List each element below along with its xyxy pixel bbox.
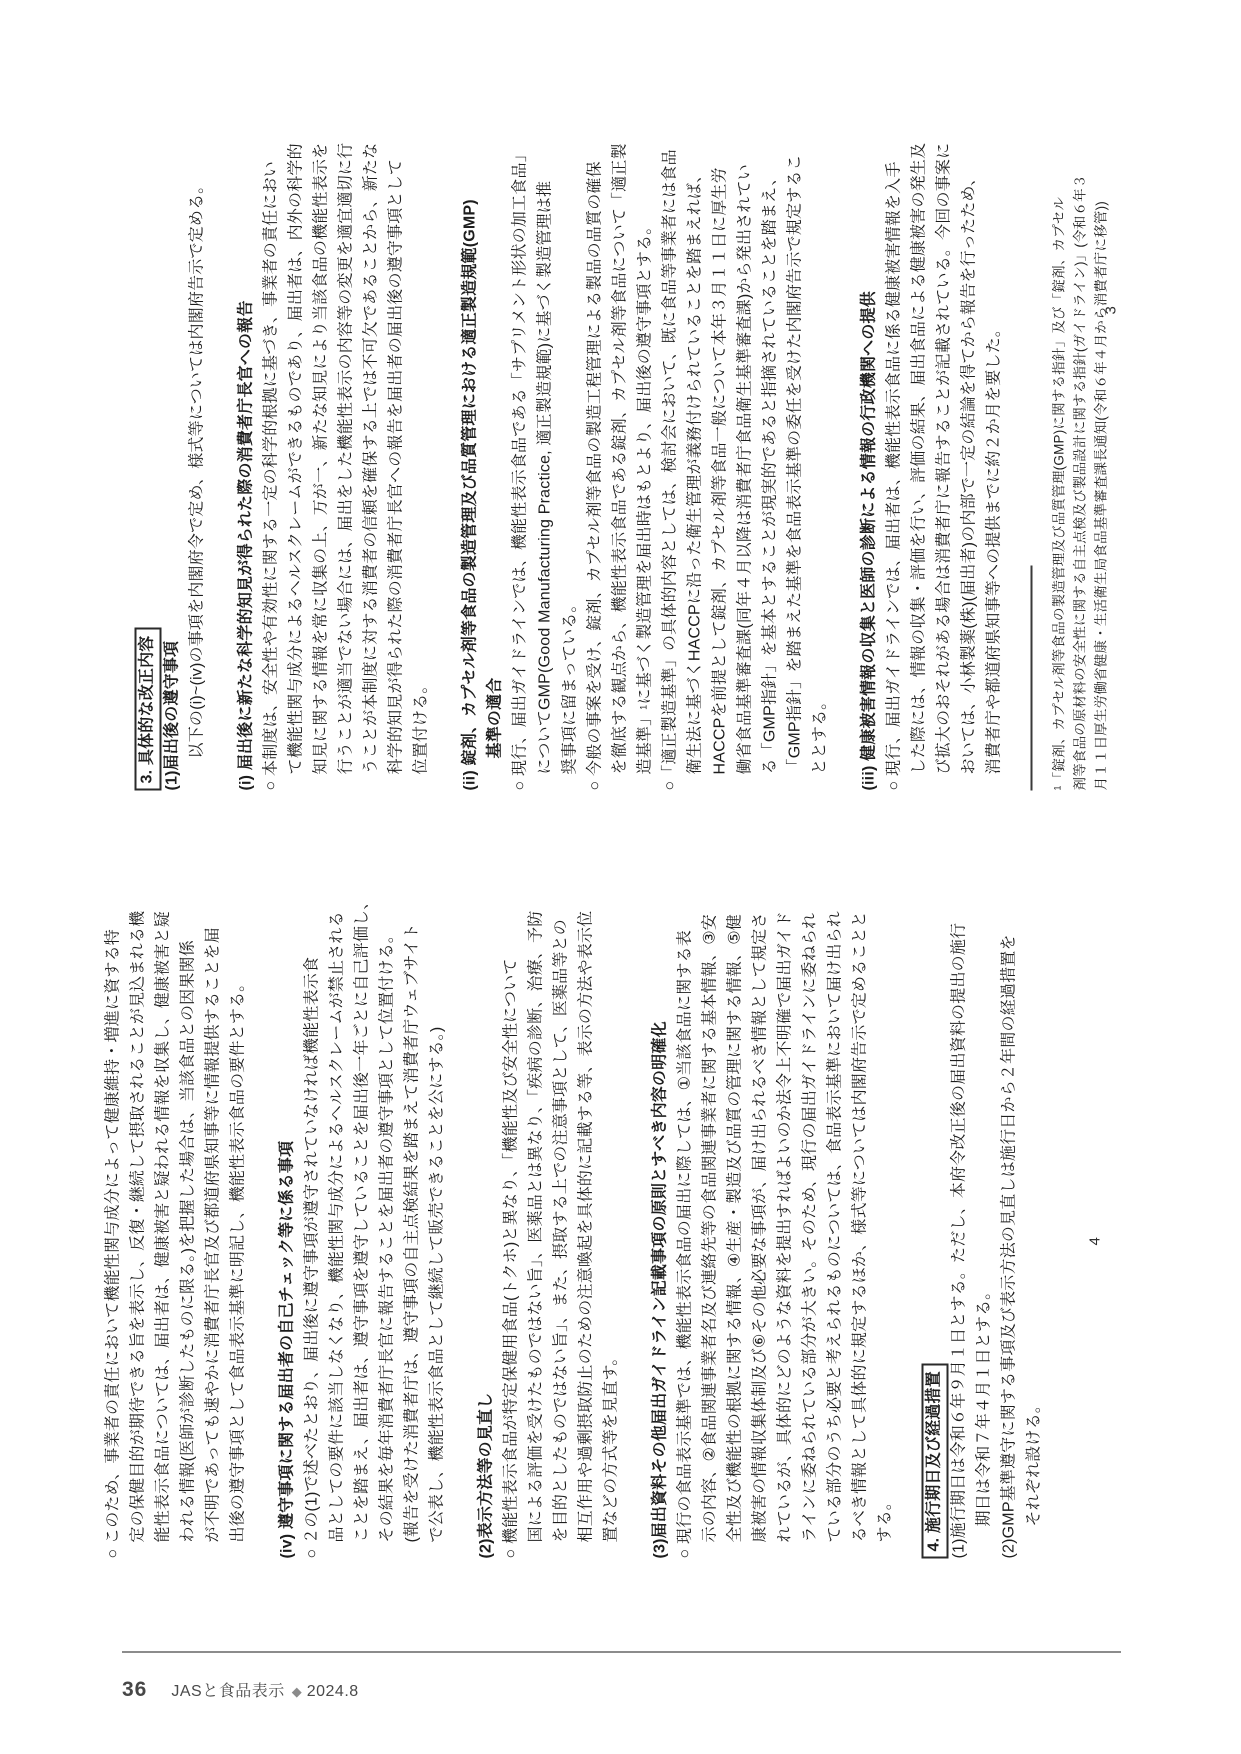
text-line	[832, 60, 856, 790]
text-line: (2)表示方法等の見直し	[473, 828, 498, 1558]
text-line: (3)届出資料その他届出ガイドライン記載事項の原則とすべき内容の明確化	[647, 828, 672, 1558]
text-line: 期日は令和７年４月１日とする。	[971, 828, 996, 1558]
text-line: HACCPを前提として錠剤、カプセル剤等食品一般について本年３月１１日に厚生労	[707, 60, 732, 790]
doc-page-4: ○ このため、事業者の責任において機能性関与成分によって健康維持・増進に資する特…	[0, 877, 1241, 1754]
text-line: 「GMP指針」を踏まえた基準を食品表示基準の委任を受けた内閣府告示で規定するこ	[782, 60, 807, 790]
text-line: 置などの方式等を見直す。	[598, 828, 623, 1558]
text-line: 国による評価を受けたものではない旨」、医薬品とは異なり、「疾病の診断、治療、予防	[523, 828, 548, 1558]
text-line: び拡大のおそれがある場合は消費者庁に報告することが記載されている。今回の事案に	[931, 60, 956, 790]
text-line	[433, 60, 457, 790]
text-line: (1)施行期日は令和６年９月１日とする。ただし、本府令改正後の届出資料の提出の施…	[946, 828, 971, 1558]
journal-title: JASと食品表示	[171, 1678, 284, 1701]
text-line: ○ このため、事業者の責任において機能性関与成分によって健康維持・増進に資する特	[100, 828, 125, 1558]
text-line: 4. 施行期日及び経過措置	[921, 828, 946, 1558]
text-line: 科学的知見が得られた際の消費者庁長官への報告を届出者の届出後の遵守事項として	[383, 60, 408, 790]
text-line	[449, 828, 473, 1558]
rotated-document: 3. 具体的な改正内容(1)届出後の遵守事項以下の(i)~(iv)の事項を内閣府…	[0, 0, 1241, 1754]
issue-date: 2024.8	[307, 1683, 359, 1701]
text-line: ている部分のうち必要と考えられるものについては、食品表示基準において届け出られ	[822, 828, 847, 1558]
text-line: 消費者庁や都道府県知事等への提供までに約２か月を要した。	[981, 60, 1006, 790]
text-line: ○ 現行、届出ガイドラインでは、届出者は、機能性表示食品に係る健康被害情報を入手	[881, 60, 906, 790]
text-line	[209, 60, 233, 790]
text-line: れているが、具体的にどのような資料を提出すればよいのか法令上不明確で届出ガイド	[772, 828, 797, 1558]
text-line: 康被害の情報収集体制及び⑥その他必要な事項が、届け出られるべき情報として規定さ	[747, 828, 772, 1558]
diamond-icon: ◆	[292, 1684, 302, 1700]
text-line: する。	[872, 828, 897, 1558]
text-line	[250, 828, 274, 1558]
text-line: 能性表示食品については、届出者は、健康被害と疑われる情報を収集し、健康被害と疑	[150, 828, 175, 1558]
folio-number: 36	[122, 1678, 147, 1702]
text-line: (iv) 遵守事項に関する届出者の自己チェック等に係る事項	[274, 828, 299, 1558]
text-line: 出後の遵守事項として食品表示基準に明記し、機能性表示食品の要件とする。	[225, 828, 250, 1558]
footnote-separator	[1030, 565, 1032, 790]
text-line: 相互作用や過剰摂取防止のための注意喚起を具体的に記載する等、表示の方法や表示位	[573, 828, 598, 1558]
text-line: ○「適正製造基準」の具体的内容としては、検討会において、既に食品等事業者には食品	[657, 60, 682, 790]
text-line: (ii) 錠剤、カプセル剤等食品の製造管理及び品質管理における適正製造規範(GM…	[457, 60, 482, 790]
text-line: ラインに委ねられている部分が大きい。そのため、現行の届出ガイドラインに委ねられ	[797, 828, 822, 1558]
text-line: についてGMP(Good Manufacturing Practice, 適正製…	[532, 60, 557, 790]
text-line: 基準の適合	[482, 60, 507, 790]
page3-text-block: 3. 具体的な改正内容(1)届出後の遵守事項以下の(i)~(iv)の事項を内閣府…	[134, 60, 1006, 790]
footnote-line: 剤等食品の原材料の安全性に関する自主点検及び製品設計に関する指針(ガイドライン)…	[1069, 70, 1090, 790]
text-line: 3. 具体的な改正内容	[134, 60, 159, 790]
text-line: を目的としたものではない旨」、また、摂取する上での注意事項として、医薬品等との	[548, 828, 573, 1558]
text-line: (iii) 健康被害情報の収集と医師の診断による情報の行政機関への提供	[856, 60, 881, 790]
text-line: 行うことが適当でない場合には、届出をした機能性表示の内容等の変更を適宜適切に行	[333, 60, 358, 790]
text-line	[897, 828, 921, 1558]
text-line: 位置付ける。	[408, 60, 433, 790]
footnote-line: 1「錠剤、カプセル剤等食品の製造管理及び品質管理(GMP)に関する指針」及び「錠…	[1048, 70, 1069, 790]
text-line: ととする。	[807, 60, 832, 790]
page-number: 4	[1086, 1237, 1103, 1245]
text-line: て機能性関与成分によるヘルスクレームができるものであり、届出者は、内外の科学的	[283, 60, 308, 790]
text-line: 衛生法に基づくHACCPに沿った衛生管理が義務付けられていることを踏まえれば、	[682, 60, 707, 790]
text-line: で公表し、機能性表示食品として継続して販売できることを公にする。)	[424, 828, 449, 1558]
text-line: ○ 現行、届出ガイドラインでは、機能性表示食品である「サプリメント形状の加工食品…	[507, 60, 532, 790]
footnotes-block: 1「錠剤、カプセル剤等食品の製造管理及び品質管理(GMP)に関する指針」及び「錠…	[1048, 70, 1111, 790]
text-line: 示の内容、②食品関連事業者名及び連絡先等の食品関連事業者に関する基本情報、③安	[697, 828, 722, 1558]
text-line: (1)届出後の遵守事項	[159, 60, 184, 790]
text-line: ○ 本制度は、安全性や有効性に関する一定の科学的根拠に基づき、事業者の責任におい	[258, 60, 283, 790]
text-line: われる情報(医師が診断したものに限る。)を把握した場合は、当該食品との因果関係	[175, 828, 200, 1558]
text-line: した際には、情報の収集・評価を行い、評価の結果、届出食品による健康被害の発生及	[906, 60, 931, 790]
text-line: ○ 機能性表示食品が特定保健用食品(トクホ)と異なり、「機能性及び安全性について	[498, 828, 523, 1558]
text-line	[623, 828, 647, 1558]
text-line: るべき情報として具体的に規定するほか、様式等については内閣府告示で定めることと	[847, 828, 872, 1558]
text-line: うことが本制度に対する消費者の信頼を確保する上では不可欠であることから、新たな	[358, 60, 383, 790]
footnote-marker: 1	[1052, 785, 1062, 790]
text-line: ○ ２の(1)で述べたとおり、届出後に遵守事項が遵守されていなければ機能性表示食	[299, 828, 324, 1558]
text-line: ことを踏まえ、届出者は、遵守事項を遵守していることを届出後一年ごとに自己評価し、	[349, 828, 374, 1558]
text-line: (2)GMP基準遵守に関する事項及び表示方法の見直しは施行日から２年間の経過措置…	[996, 828, 1021, 1558]
text-line: を徹底する観点から、機能性表示食品である錠剤、カプセル剤等食品について「適正製	[607, 60, 632, 790]
text-line: おいては、小林製薬(株)(届出者)の内部で一定の結論を得てから報告を行ったため、	[956, 60, 981, 790]
text-line: その結果を毎年消費者庁長官に報告することを届出者の遵守事項として位置付ける。	[374, 828, 399, 1558]
footnote-ref: 1	[638, 704, 648, 709]
text-line: 定の保健目的が期待できる旨を表示し、反復・継続して摂取されることが見込まれる機	[125, 828, 150, 1558]
text-line: 以下の(i)~(iv)の事項を内閣府令で定め、様式等については内閣府告示で定める…	[184, 60, 209, 790]
journal-footer: 36 JASと食品表示 ◆ 2024.8	[122, 1678, 359, 1708]
text-line: 知見に関する情報を常に収集の上、万が一、新たな知見により当該食品の機能性表示を	[308, 60, 333, 790]
text-line: 全性及び機能性の根拠に関する情報、④生産・製造及び品質の管理に関する情報、⑤健	[722, 828, 747, 1558]
text-line: 品としての要件に該当しなくなり、機能性関与成分によるヘルスクレームが禁止される	[324, 828, 349, 1558]
page4-text-block: ○ このため、事業者の責任において機能性関与成分によって健康維持・増進に資する特…	[100, 828, 1046, 1558]
scanned-journal-page: 3. 具体的な改正内容(1)届出後の遵守事項以下の(i)~(iv)の事項を内閣府…	[0, 0, 1241, 1754]
text-line: ○ 今般の事案を受け、錠剤、カプセル剤等食品の製造工程管理による製品の品質の確保	[582, 60, 607, 790]
page-number: 3	[1102, 306, 1119, 314]
doc-page-3: 3. 具体的な改正内容(1)届出後の遵守事項以下の(i)~(iv)の事項を内閣府…	[0, 0, 1241, 877]
text-line: 働省食品基準審査課(同年４月以降は消費者庁食品衛生基準審査課)から発出されてい	[732, 60, 757, 790]
text-line: 造基準」1に基づく製造管理を届出時はもとより、届出後の遵守事項とする。	[632, 60, 657, 790]
text-line: が不明であっても速やかに消費者庁長官及び都道府県知事等に情報提供することを届	[200, 828, 225, 1558]
text-line: 奨事項に留まっている。	[557, 60, 582, 790]
footnote-line: 月１１日厚生労働省健康・生活衛生局食品基準審査課長通知(令和６年４月から消費者庁…	[1090, 70, 1111, 790]
text-line: (報告を受けた消費者庁は、遵守事項の自主点検結果を踏まえて消費者庁ウェブサイト	[399, 828, 424, 1558]
text-line: それぞれ設ける。	[1021, 828, 1046, 1558]
text-line: る「GMP指針」を基本とすることが現実的であると指摘されていることを踏まえ、	[757, 60, 782, 790]
footer-rule	[122, 1651, 1121, 1653]
text-line: ○ 現行の食品表示基準では、機能性表示食品の届出に際しては、①当該食品に関する表	[672, 828, 697, 1558]
text-line: (i) 届出後に新たな科学的知見が得られた際の消費者庁長官への報告	[233, 60, 258, 790]
